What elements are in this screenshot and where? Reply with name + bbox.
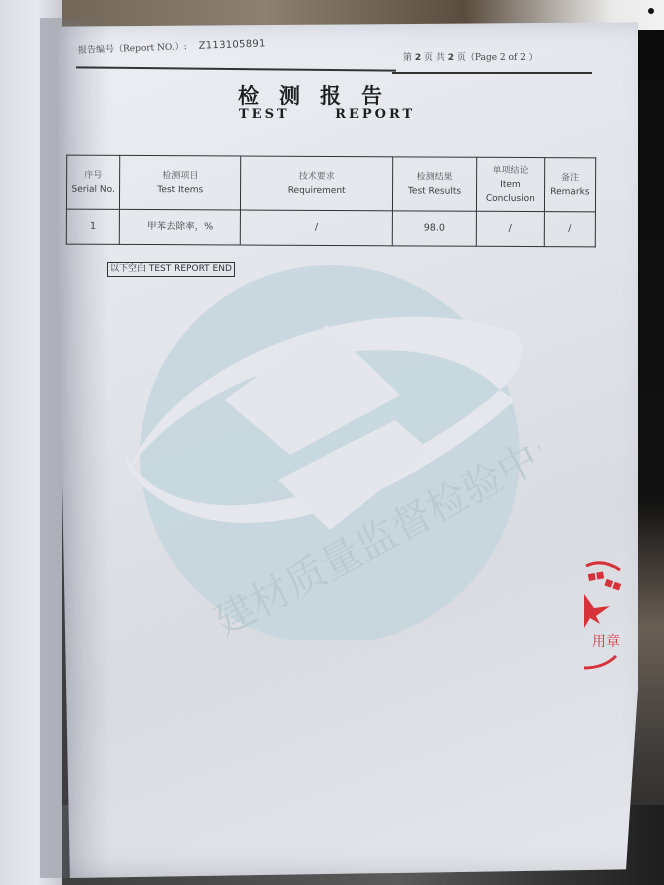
title-chinese: 检测报告 <box>238 80 402 110</box>
cell-remarks: / <box>544 212 595 247</box>
stamp-text: 用章 <box>592 633 620 650</box>
header-remarks: 备注Remarks <box>544 158 596 212</box>
page-info-suffix: 页（Page 2 of 2 ） <box>457 53 538 63</box>
page-binding-shadow <box>40 18 110 878</box>
title-english: TEST REPORT <box>239 107 415 122</box>
page-total: 2 <box>448 53 454 63</box>
table-header-row: 序号Serial No. 检测项目Test Items 技术要求Requirem… <box>66 155 595 212</box>
page-info: 第 2 页 共 2 页（Page 2 of 2 ） <box>403 50 538 63</box>
background-dot <box>648 8 654 14</box>
report-number-value: Z113105891 <box>198 38 265 51</box>
svg-text:■■: ■■ <box>603 577 622 592</box>
page-current: 2 <box>415 53 421 63</box>
header-rule-right <box>392 72 592 74</box>
report-page <box>40 18 638 878</box>
header-test-items: 检测项目Test Items <box>120 155 241 210</box>
page-info-prefix: 第 <box>403 53 412 63</box>
cell-requirement: / <box>241 210 393 246</box>
cell-item: 甲苯去除率，% <box>120 209 241 245</box>
red-seal-stamp-icon: ■■ ■■ 用章 <box>582 556 628 676</box>
cell-result: 98.0 <box>392 211 476 246</box>
cell-serial: 1 <box>66 209 119 244</box>
header-requirement: 技术要求Requirement <box>241 156 393 211</box>
results-table: 序号Serial No. 检测项目Test Items 技术要求Requirem… <box>66 155 596 248</box>
svg-text:■■: ■■ <box>587 570 605 583</box>
cell-conclusion: / <box>476 211 544 246</box>
header-test-results: 检测结果Test Results <box>392 157 476 211</box>
page-info-middle: 页 共 <box>424 53 445 63</box>
header-serial: 序号Serial No. <box>66 155 120 209</box>
report-end-note: 以下空白 TEST REPORT END <box>107 262 235 277</box>
table-row: 1 甲苯去除率，% / 98.0 / / <box>66 209 595 247</box>
header-item-conclusion: 单项结论Item Conclusion <box>476 157 544 211</box>
